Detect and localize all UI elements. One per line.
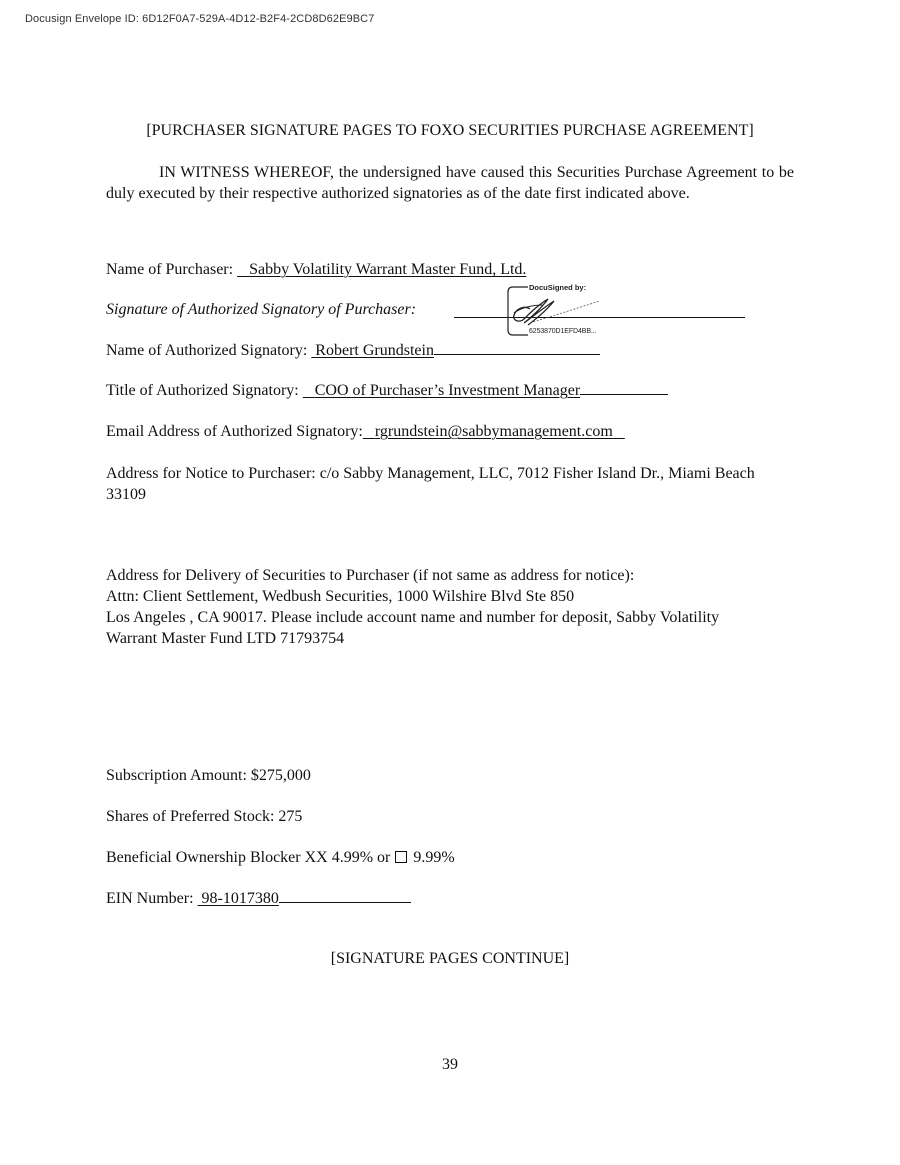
purchaser-name-field: Name of Purchaser: Sabby Volatility Warr…: [106, 261, 526, 279]
preamble-text: IN WITNESS WHEREOF, the undersigned have…: [106, 164, 794, 202]
page-title: [PURCHASER SIGNATURE PAGES TO FOXO SECUR…: [0, 122, 900, 140]
ein-line: [279, 901, 411, 903]
ein-label: EIN Number:: [106, 890, 194, 907]
continuation-note: [SIGNATURE PAGES CONTINUE]: [0, 950, 900, 968]
signature-field: Signature of Authorized Signatory of Pur…: [106, 301, 416, 319]
ownership-blocker-option2: 9.99%: [413, 849, 454, 866]
docusign-label: DocuSigned by:: [529, 283, 586, 292]
signatory-title-value: COO of Purchaser’s Investment Manager: [303, 382, 580, 399]
docusign-signature-id: 6253870D1EFD4BB...: [529, 328, 596, 335]
ein-value: 98-1017380: [198, 890, 279, 907]
subscription-amount-label: Subscription Amount:: [106, 767, 247, 784]
signatory-email-label: Email Address of Authorized Signatory:: [106, 423, 363, 440]
preferred-shares-value: 275: [278, 808, 302, 825]
ownership-blocker-field: Beneficial Ownership Blocker XX 4.99% or…: [106, 849, 455, 867]
preferred-shares-field: Shares of Preferred Stock: 275: [106, 808, 302, 826]
notice-address-label: Address for Notice to Purchaser:: [106, 465, 316, 482]
delivery-address-field: Address for Delivery of Securities to Pu…: [106, 565, 719, 649]
signatory-title-label: Title of Authorized Signatory:: [106, 382, 299, 399]
signatory-email-field: Email Address of Authorized Signatory: r…: [106, 423, 625, 441]
notice-address-line2: 33109: [106, 484, 755, 505]
purchaser-name-value: Sabby Volatility Warrant Master Fund, Lt…: [237, 261, 526, 278]
signatory-name-value: Robert Grundstein: [311, 342, 434, 359]
signatory-name-line: [434, 353, 600, 355]
preamble-paragraph: IN WITNESS WHEREOF, the undersigned have…: [106, 162, 794, 204]
docusign-signature-block: DocuSigned by: 6253870D1EFD4BB...: [502, 283, 632, 341]
signature-label: Signature of Authorized Signatory of Pur…: [106, 301, 416, 318]
subscription-amount-value: $275,000: [251, 767, 311, 784]
ownership-blocker-option1: 4.99%: [332, 849, 373, 866]
signatory-title-line: [580, 393, 668, 395]
signatory-title-field: Title of Authorized Signatory: COO of Pu…: [106, 382, 668, 400]
delivery-address-line2: Los Angeles , CA 90017. Please include a…: [106, 607, 719, 628]
purchaser-name-label: Name of Purchaser:: [106, 261, 233, 278]
notice-address-line1: c/o Sabby Management, LLC, 7012 Fisher I…: [320, 465, 755, 482]
page-number: 39: [0, 1056, 900, 1074]
ein-field: EIN Number: 98-1017380: [106, 890, 411, 908]
signatory-name-label: Name of Authorized Signatory:: [106, 342, 307, 359]
subscription-amount-field: Subscription Amount: $275,000: [106, 767, 311, 785]
notice-address-field: Address for Notice to Purchaser: c/o Sab…: [106, 463, 755, 505]
delivery-address-line3: Warrant Master Fund LTD 71793754: [106, 628, 719, 649]
ownership-blocker-checkbox[interactable]: [395, 851, 407, 863]
signatory-email-value: rgrundstein@sabbymanagement.com: [363, 423, 625, 440]
preferred-shares-label: Shares of Preferred Stock:: [106, 808, 274, 825]
signatory-name-field: Name of Authorized Signatory: Robert Gru…: [106, 342, 600, 360]
delivery-address-line1: Attn: Client Settlement, Wedbush Securit…: [106, 586, 719, 607]
docusign-envelope-id: Docusign Envelope ID: 6D12F0A7-529A-4D12…: [25, 13, 374, 25]
delivery-address-label: Address for Delivery of Securities to Pu…: [106, 565, 719, 586]
ownership-blocker-connector: or: [377, 849, 390, 866]
ownership-blocker-label: Beneficial Ownership Blocker: [106, 849, 301, 866]
ownership-blocker-selected-mark[interactable]: XX: [305, 849, 328, 866]
